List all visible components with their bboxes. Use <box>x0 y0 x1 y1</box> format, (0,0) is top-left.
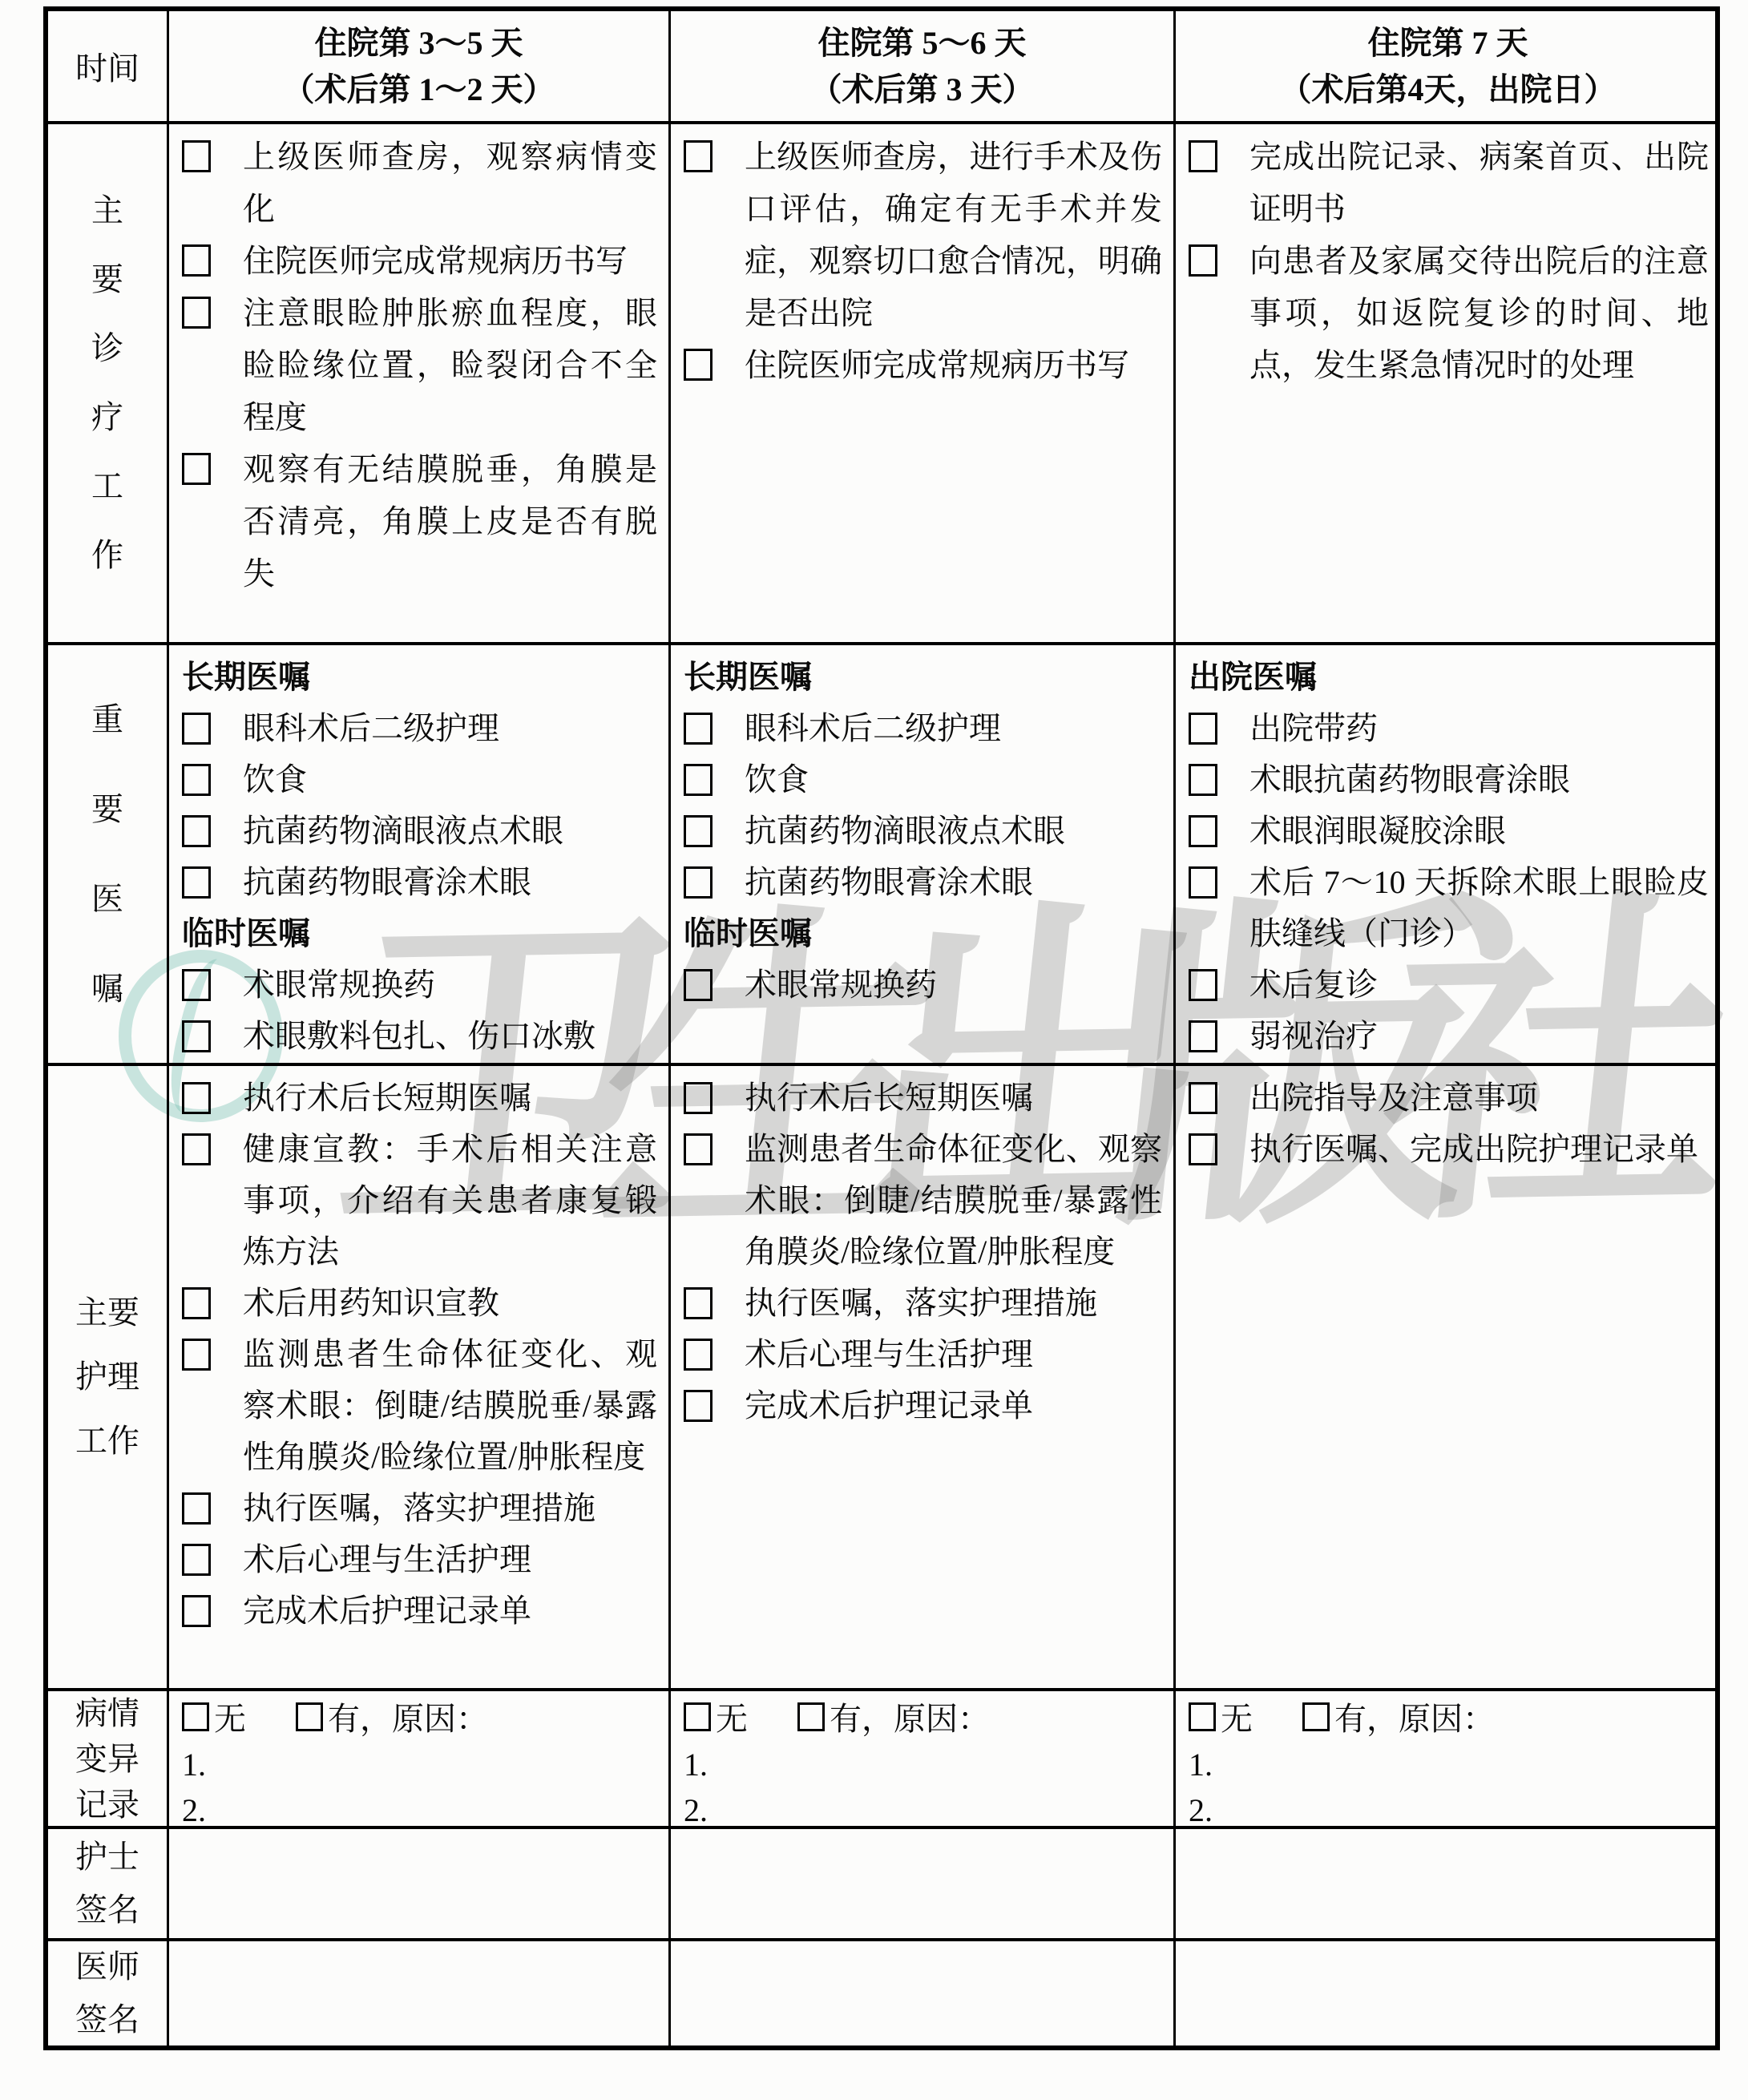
orders-day2-cell: 长期医嘱眼科术后二级护理饮食抗菌药物滴眼液点术眼抗菌药物眼膏涂术眼临时医嘱术眼常… <box>671 645 1173 1011</box>
time-header-label: 时间 <box>75 43 139 89</box>
checkbox[interactable] <box>684 1133 713 1165</box>
checkbox-item: 执行术后长短期医嘱 <box>182 1072 657 1124</box>
variation-none-checkbox[interactable] <box>182 1702 209 1731</box>
checkbox[interactable] <box>684 1339 713 1371</box>
variation-reason-line-1[interactable]: 1. <box>1189 1742 1709 1787</box>
variation-yes-label: 有，原因： <box>328 1696 488 1742</box>
nursing-day2-cell: 执行术后长短期医嘱监测患者生命体征变化、观察术眼：倒睫/结膜脱垂/暴露性角膜炎/… <box>671 1066 1173 1432</box>
item-text: 术后用药知识宣教 <box>243 1278 657 1329</box>
checkbox[interactable] <box>1189 866 1217 899</box>
clinical-pathway-table: 时间 住院第 3～5 天 （术后第 1～2 天） 住院第 5～6 天 （术后第 … <box>43 6 1720 2050</box>
orders-row-label: 重要医嘱 <box>90 675 125 1034</box>
checkbox-item: 向患者及家属交待出院后的注意事项，如返院复诊的时间、地点，发生紧急情况时的处理 <box>1189 235 1709 391</box>
item-text: 执行医嘱，落实护理措施 <box>243 1483 657 1534</box>
checkbox[interactable] <box>684 140 713 172</box>
item-text: 完成术后护理记录单 <box>243 1585 657 1637</box>
checkbox-item: 上级医师查房，进行手术及伤口评估，确定有无手术并发症，观察切口愈合情况，明确是否… <box>684 131 1162 339</box>
checkbox-item: 完成术后护理记录单 <box>182 1585 657 1637</box>
checkbox[interactable] <box>182 1287 211 1319</box>
day2-subtitle: （术后第 3 天） <box>810 67 1035 113</box>
variation-reason-line-1[interactable]: 1. <box>182 1742 657 1787</box>
item-text: 抗菌药物滴眼液点术眼 <box>243 806 657 857</box>
variation-day3-cell: 无 有，原因： 1. 2. <box>1176 1691 1720 1833</box>
variation-yes-checkbox[interactable] <box>296 1702 323 1731</box>
item-text: 弱视治疗 <box>1249 1011 1709 1062</box>
item-text: 出院带药 <box>1249 703 1709 754</box>
item-text: 术后复诊 <box>1249 959 1709 1011</box>
checkbox-item: 饮食 <box>182 754 657 806</box>
doctor-signature-cell-day3[interactable] <box>1173 1938 1720 2045</box>
item-text: 住院医师完成常规病历书写 <box>243 235 657 287</box>
checkbox[interactable] <box>1189 713 1217 745</box>
doctor-signature-row-label: 医师签名 <box>74 1940 141 2046</box>
checkbox[interactable] <box>684 349 713 381</box>
item-text: 完成出院记录、病案首页、出院证明书 <box>1249 131 1709 235</box>
checkbox[interactable] <box>182 815 211 847</box>
item-text: 术后心理与生活护理 <box>745 1329 1162 1380</box>
checkbox-item: 抗菌药物滴眼液点术眼 <box>684 806 1162 857</box>
variation-yes-label: 有，原因： <box>830 1696 990 1742</box>
checkbox-item: 完成出院记录、病案首页、出院证明书 <box>1189 131 1709 235</box>
checkbox-item: 监测患者生命体征变化、观察术眼：倒睫/结膜脱垂/暴露性角膜炎/睑缘位置/肿胀程度 <box>684 1124 1162 1278</box>
doctor-signature-row-label-cell: 医师签名 <box>48 1938 167 2045</box>
checkbox-item: 术后 7～10 天拆除术眼上眼睑皮肤缝线（门诊） <box>1189 857 1709 959</box>
variation-none-checkbox[interactable] <box>684 1702 711 1731</box>
checkbox-item: 完成术后护理记录单 <box>684 1380 1162 1432</box>
checkbox-item: 术眼常规换药 <box>182 959 657 1011</box>
day3-subtitle: （术后第4天，出院日） <box>1280 67 1617 113</box>
checkbox-item: 术眼常规换药 <box>684 959 1162 1011</box>
variation-day2-cell: 无 有，原因： 1. 2. <box>671 1691 1173 1833</box>
variation-options: 无 有，原因： <box>684 1696 1162 1742</box>
item-text: 观察有无结膜脱垂，角膜是否清亮，角膜上皮是否有脱失 <box>243 443 657 600</box>
orders-day3-cell: 出院医嘱出院带药术眼抗菌药物眼膏涂眼术眼润眼凝胶涂眼术后 7～10 天拆除术眼上… <box>1176 645 1720 1062</box>
checkbox-item: 执行医嘱，落实护理措施 <box>684 1278 1162 1329</box>
checkbox-item: 出院指导及注意事项 <box>1189 1072 1709 1124</box>
orders-day1-cell: 长期医嘱眼科术后二级护理饮食抗菌药物滴眼液点术眼抗菌药物眼膏涂术眼临时医嘱术眼常… <box>169 645 668 1062</box>
checkbox[interactable] <box>684 1082 713 1114</box>
item-text: 上级医师查房，观察病情变化 <box>243 131 657 235</box>
item-text: 健康宣教：手术后相关注意事项，介绍有关患者康复锻炼方法 <box>243 1124 657 1278</box>
checkbox[interactable] <box>182 1339 211 1371</box>
checkbox-item: 术眼敷料包扎、伤口冰敷 <box>182 1011 657 1062</box>
checkbox[interactable] <box>182 764 211 796</box>
item-text: 术后心理与生活护理 <box>243 1534 657 1585</box>
item-text: 抗菌药物眼膏涂术眼 <box>243 857 657 908</box>
item-text: 术后 7～10 天拆除术眼上眼睑皮肤缝线（门诊） <box>1249 857 1709 959</box>
nursing-row-label-cell: 主要护理工作 <box>48 1063 167 1688</box>
time-header-cell: 时间 <box>48 11 167 121</box>
checkbox-item: 监测患者生命体征变化、观察术眼：倒睫/结膜脱垂/暴露性角膜炎/睑缘位置/肿胀程度 <box>182 1329 657 1483</box>
day-column-header-1: 住院第 3～5 天 （术后第 1～2 天） <box>167 11 668 121</box>
item-text: 向患者及家属交待出院后的注意事项，如返院复诊的时间、地点，发生紧急情况时的处理 <box>1249 235 1709 391</box>
item-text: 眼科术后二级护理 <box>243 703 657 754</box>
checkbox[interactable] <box>684 764 713 796</box>
checkbox-item: 术眼抗菌药物眼膏涂眼 <box>1189 754 1709 806</box>
variation-day1-cell: 无 有，原因： 1. 2. <box>169 1691 668 1833</box>
checkbox[interactable] <box>1189 140 1217 172</box>
order-group-header: 出院医嘱 <box>1189 652 1709 703</box>
nursing-day3-cell: 出院指导及注意事项执行医嘱、完成出院护理记录单 <box>1176 1066 1720 1175</box>
variation-yes-label: 有，原因： <box>1334 1696 1495 1742</box>
item-text: 饮食 <box>243 754 657 806</box>
item-text: 饮食 <box>745 754 1162 806</box>
day1-subtitle: （术后第 1～2 天） <box>283 67 555 113</box>
checkbox-item: 眼科术后二级护理 <box>684 703 1162 754</box>
day-column-header-3: 住院第 7 天 （术后第4天，出院日） <box>1173 11 1720 121</box>
variation-row-label-cell: 病情变异记录 <box>48 1688 167 1826</box>
checkbox[interactable] <box>684 1390 713 1422</box>
checkbox[interactable] <box>684 969 713 1001</box>
checkbox[interactable] <box>182 1082 211 1114</box>
checkbox[interactable] <box>182 713 211 745</box>
item-text: 术眼润眼凝胶涂眼 <box>1249 806 1709 857</box>
item-text: 术眼敷料包扎、伤口冰敷 <box>243 1011 657 1062</box>
nurse-signature-cell-day3[interactable] <box>1173 1826 1720 1938</box>
checkbox-item: 抗菌药物眼膏涂术眼 <box>684 857 1162 908</box>
day2-title: 住院第 5～6 天 <box>818 20 1027 67</box>
checkbox-item: 术后心理与生活护理 <box>684 1329 1162 1380</box>
checkbox-item: 执行医嘱、完成出院护理记录单 <box>1189 1124 1709 1175</box>
variation-none-checkbox[interactable] <box>1189 1702 1216 1731</box>
day1-title: 住院第 3～5 天 <box>315 20 523 67</box>
checkbox-item: 抗菌药物眼膏涂术眼 <box>182 857 657 908</box>
variation-options: 无 有，原因： <box>1189 1696 1709 1742</box>
variation-row-label: 病情变异记录 <box>74 1690 141 1827</box>
item-text: 监测患者生命体征变化、观察术眼：倒睫/结膜脱垂/暴露性角膜炎/睑缘位置/肿胀程度 <box>243 1329 657 1483</box>
nurse-signature-row-label-cell: 护士签名 <box>48 1826 167 1938</box>
checkbox-item: 饮食 <box>684 754 1162 806</box>
item-text: 术眼常规换药 <box>243 959 657 1011</box>
checkbox-item: 弱视治疗 <box>1189 1011 1709 1062</box>
checkbox-item: 住院医师完成常规病历书写 <box>182 235 657 287</box>
checkbox[interactable] <box>182 969 211 1001</box>
item-text: 监测患者生命体征变化、观察术眼：倒睫/结膜脱垂/暴露性角膜炎/睑缘位置/肿胀程度 <box>745 1124 1162 1278</box>
checkbox[interactable] <box>1189 1133 1217 1165</box>
variation-options: 无 有，原因： <box>182 1696 657 1742</box>
diagnosis-row-label-cell: 主要诊疗工作 <box>48 121 167 642</box>
checkbox-item: 观察有无结膜脱垂，角膜是否清亮，角膜上皮是否有脱失 <box>182 443 657 600</box>
checkbox[interactable] <box>182 866 211 899</box>
checkbox-item: 术后复诊 <box>1189 959 1709 1011</box>
checkbox[interactable] <box>182 1492 211 1525</box>
item-text: 执行医嘱、完成出院护理记录单 <box>1249 1124 1709 1175</box>
order-group-header: 长期医嘱 <box>182 652 657 703</box>
order-group-header: 临时医嘱 <box>182 908 657 959</box>
checkbox-item: 抗菌药物滴眼液点术眼 <box>182 806 657 857</box>
nursing-row-label: 主要护理工作 <box>74 1281 141 1473</box>
checkbox[interactable] <box>182 1595 211 1627</box>
checkbox[interactable] <box>182 1133 211 1165</box>
doctor-signature-cell-day1[interactable] <box>167 1938 668 2045</box>
item-text: 执行术后长短期医嘱 <box>745 1072 1162 1124</box>
checkbox[interactable] <box>1189 1082 1217 1114</box>
checkbox[interactable] <box>1189 969 1217 1001</box>
clinical-pathway-page: 卫生出版社 时间 住院第 3～5 天 （术后第 1～2 天） 住院第 5～6 天… <box>0 0 1748 2100</box>
checkbox-item: 执行术后长短期医嘱 <box>684 1072 1162 1124</box>
diagnosis-day1-cell: 上级医师查房，观察病情变化住院医师完成常规病历书写注意眼睑肿胀瘀血程度，眼睑睑缘… <box>169 124 668 600</box>
item-text: 抗菌药物滴眼液点术眼 <box>745 806 1162 857</box>
checkbox[interactable] <box>1189 764 1217 796</box>
checkbox-item: 术后用药知识宣教 <box>182 1278 657 1329</box>
checkbox-item: 眼科术后二级护理 <box>182 703 657 754</box>
checkbox[interactable] <box>182 244 211 277</box>
variation-reason-line-1[interactable]: 1. <box>684 1742 1162 1787</box>
checkbox[interactable] <box>182 297 211 329</box>
checkbox[interactable] <box>684 815 713 847</box>
checkbox-item: 执行医嘱，落实护理措施 <box>182 1483 657 1534</box>
item-text: 出院指导及注意事项 <box>1249 1072 1709 1124</box>
nursing-day1-cell: 执行术后长短期医嘱健康宣教：手术后相关注意事项，介绍有关患者康复锻炼方法术后用药… <box>169 1066 668 1637</box>
checkbox[interactable] <box>684 866 713 899</box>
item-text: 完成术后护理记录单 <box>745 1380 1162 1432</box>
item-text: 注意眼睑肿胀瘀血程度，眼睑睑缘位置，睑裂闭合不全程度 <box>243 287 657 443</box>
checkbox[interactable] <box>182 1544 211 1576</box>
variation-none-label: 无 <box>214 1696 246 1742</box>
checkbox-item: 住院医师完成常规病历书写 <box>684 339 1162 391</box>
checkbox-item: 术后心理与生活护理 <box>182 1534 657 1585</box>
checkbox-item: 健康宣教：手术后相关注意事项，介绍有关患者康复锻炼方法 <box>182 1124 657 1278</box>
item-text: 上级医师查房，进行手术及伤口评估，确定有无手术并发症，观察切口愈合情况，明确是否… <box>745 131 1162 339</box>
day-column-header-2: 住院第 5～6 天 （术后第 3 天） <box>668 11 1173 121</box>
item-text: 住院医师完成常规病历书写 <box>745 339 1162 391</box>
checkbox-item: 注意眼睑肿胀瘀血程度，眼睑睑缘位置，睑裂闭合不全程度 <box>182 287 657 443</box>
item-text: 执行术后长短期医嘱 <box>243 1072 657 1124</box>
day3-title: 住院第 7 天 <box>1368 20 1528 67</box>
order-group-header: 临时医嘱 <box>684 908 1162 959</box>
checkbox[interactable] <box>182 140 211 172</box>
orders-row-label-cell: 重要医嘱 <box>48 642 167 1063</box>
doctor-signature-cell-day2[interactable] <box>668 1938 1173 2045</box>
item-text: 眼科术后二级护理 <box>745 703 1162 754</box>
nurse-signature-cell-day1[interactable] <box>167 1826 668 1938</box>
item-text: 术眼常规换药 <box>745 959 1162 1011</box>
item-text: 术眼抗菌药物眼膏涂眼 <box>1249 754 1709 806</box>
checkbox-item: 术眼润眼凝胶涂眼 <box>1189 806 1709 857</box>
nurse-signature-row-label: 护士签名 <box>74 1831 141 1936</box>
diagnosis-day2-cell: 上级医师查房，进行手术及伤口评估，确定有无手术并发症，观察切口愈合情况，明确是否… <box>671 124 1173 391</box>
order-group-header: 长期医嘱 <box>684 652 1162 703</box>
variation-none-label: 无 <box>1221 1696 1253 1742</box>
variation-yes-checkbox[interactable] <box>1302 1702 1330 1731</box>
checkbox[interactable] <box>1189 244 1217 277</box>
diagnosis-day3-cell: 完成出院记录、病案首页、出院证明书向患者及家属交待出院后的注意事项，如返院复诊的… <box>1176 124 1720 391</box>
checkbox[interactable] <box>1189 815 1217 847</box>
variation-yes-checkbox[interactable] <box>797 1702 825 1731</box>
variation-none-label: 无 <box>716 1696 748 1742</box>
checkbox[interactable] <box>684 713 713 745</box>
checkbox-item: 出院带药 <box>1189 703 1709 754</box>
checkbox[interactable] <box>182 1020 211 1052</box>
checkbox-item: 上级医师查房，观察病情变化 <box>182 131 657 235</box>
nurse-signature-cell-day2[interactable] <box>668 1826 1173 1938</box>
checkbox[interactable] <box>684 1287 713 1319</box>
diagnosis-row-label: 主要诊疗工作 <box>90 176 125 590</box>
item-text: 抗菌药物眼膏涂术眼 <box>745 857 1162 908</box>
checkbox[interactable] <box>1189 1020 1217 1052</box>
checkbox[interactable] <box>182 453 211 485</box>
item-text: 执行医嘱，落实护理措施 <box>745 1278 1162 1329</box>
